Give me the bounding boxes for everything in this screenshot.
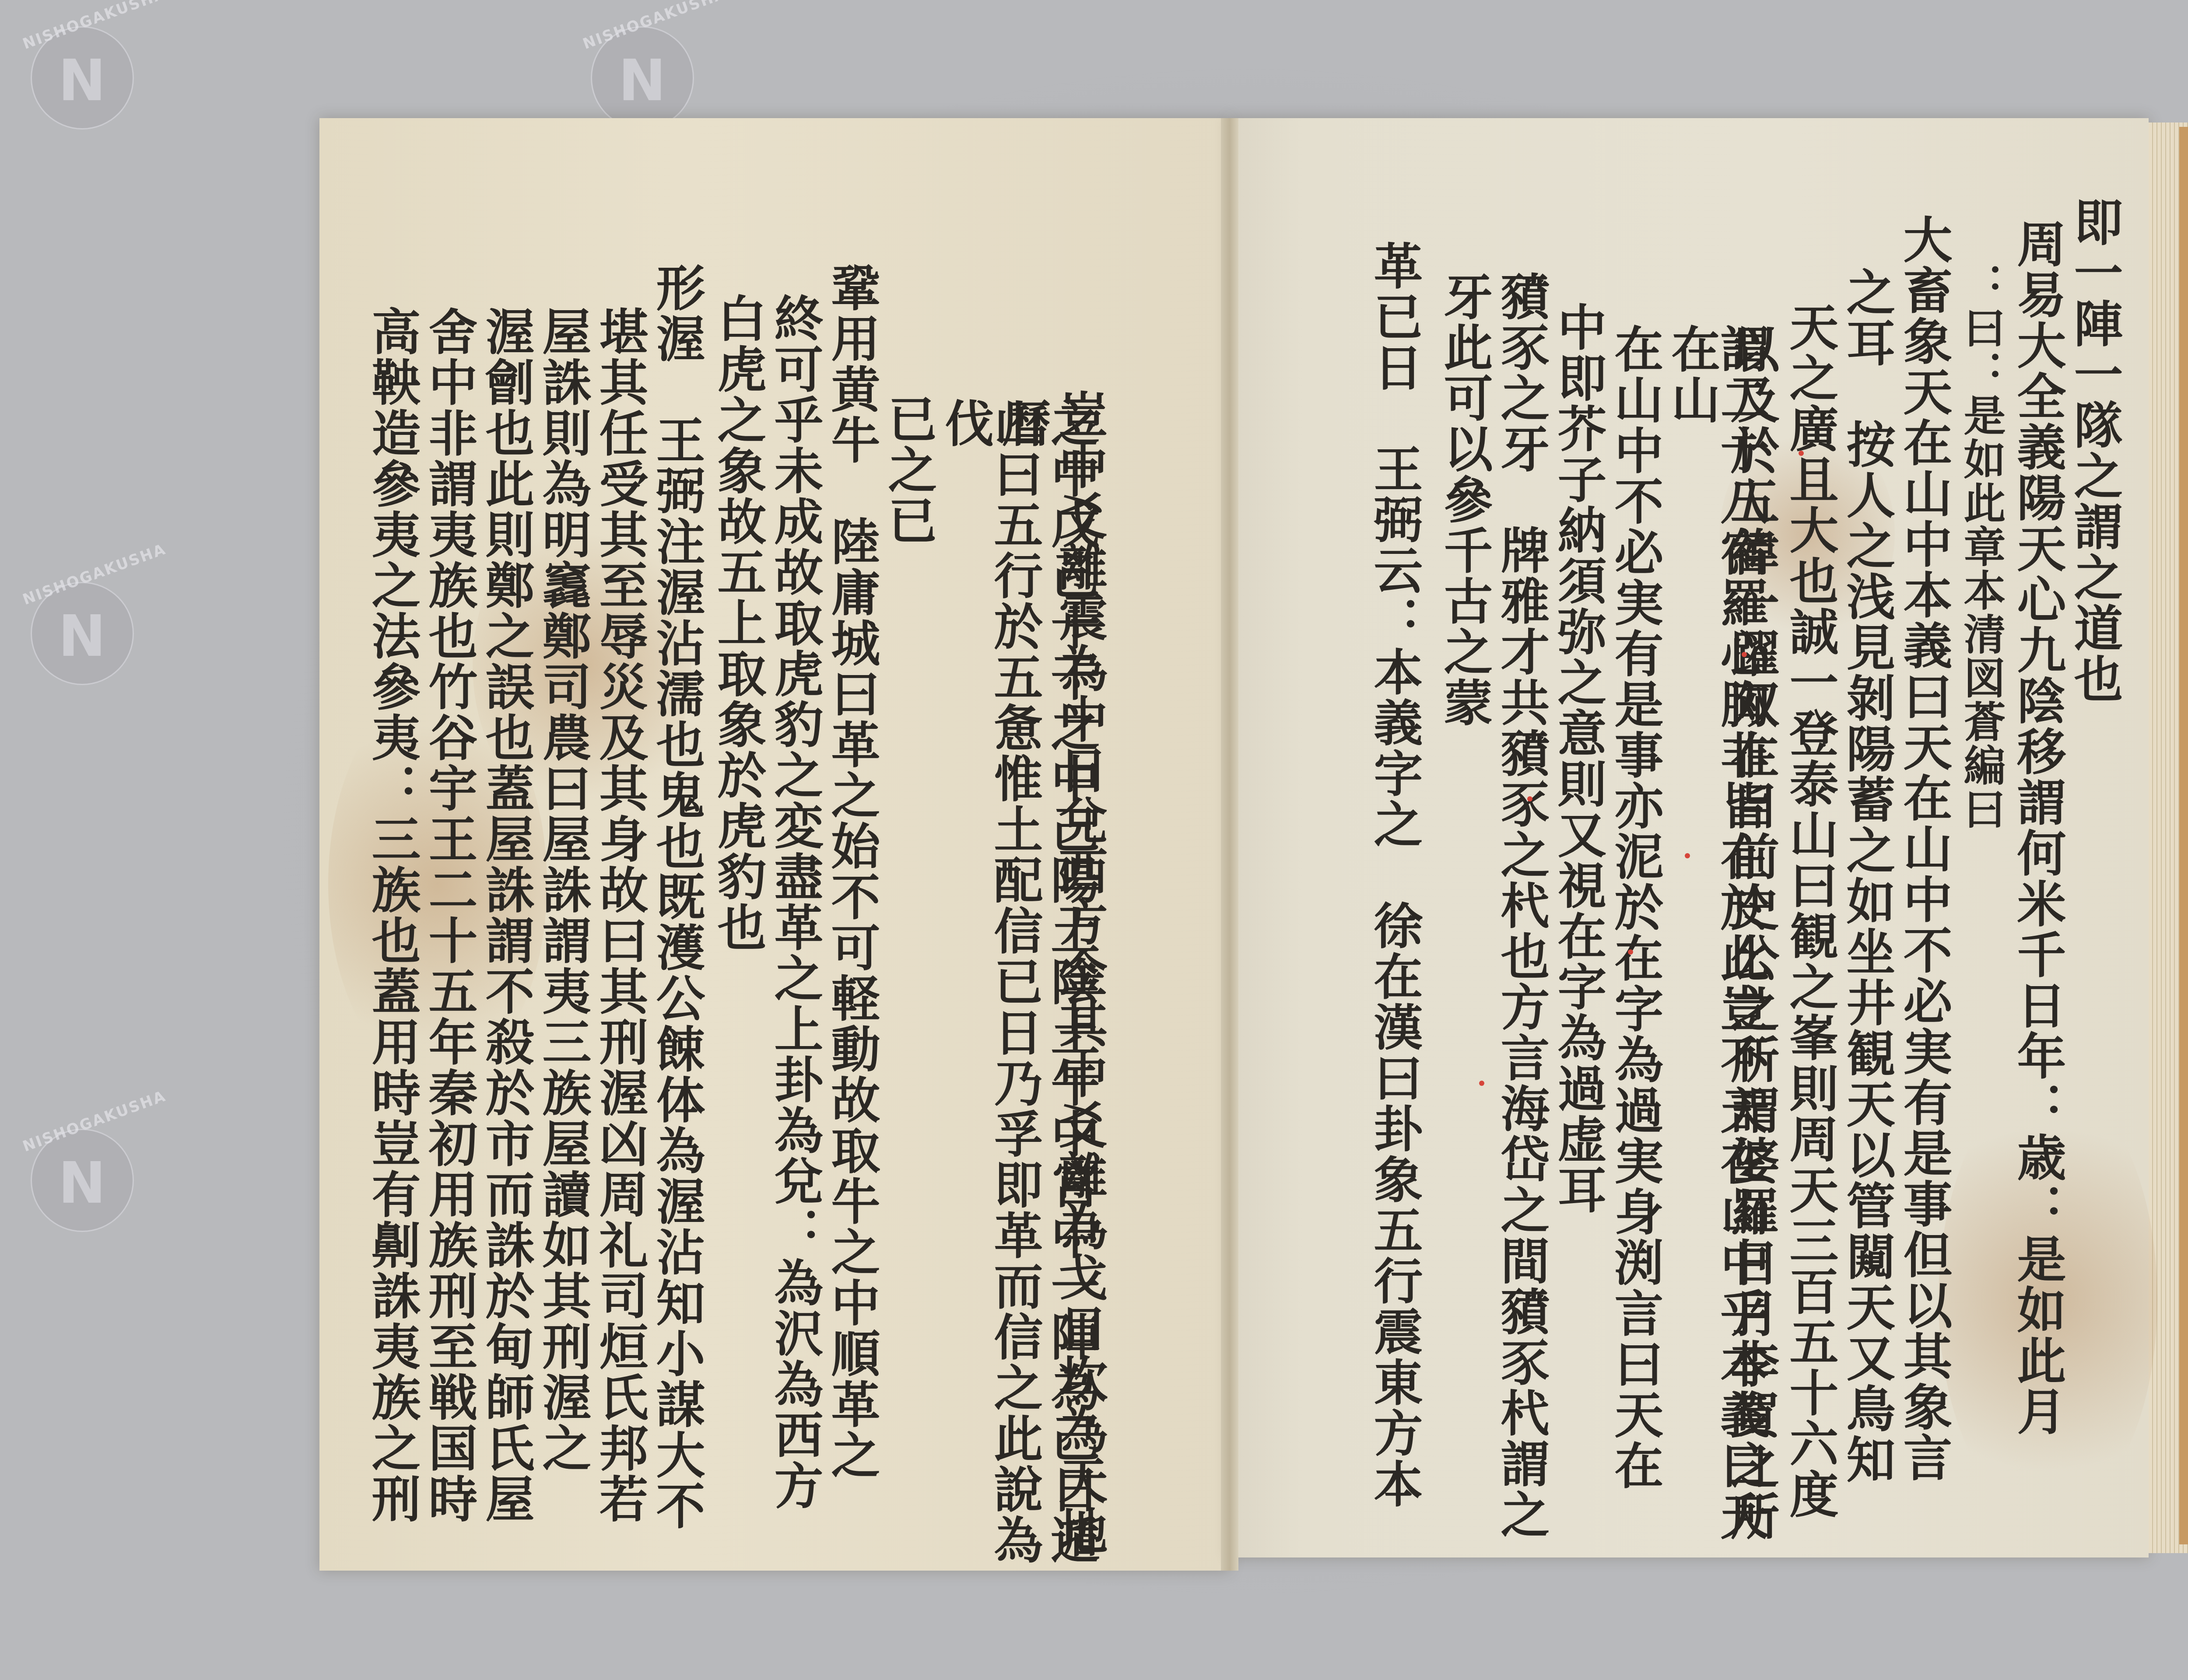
watermark-text: NISHOGAKUSHA	[21, 540, 169, 609]
watermark-logo-icon: NISHOGAKUSHAN	[31, 26, 134, 129]
red-annotation-mark	[1628, 949, 1633, 955]
right-col-13: 革已日 王弼云：本義字之 徐在漢曰卦象五行震東方本	[1370, 241, 1419, 1509]
watermark-logo-icon: NISHOGAKUSHAN	[31, 1129, 134, 1232]
left-col-11: 渥劊也此則鄭之誤也蓋屋誅謂不殺於市而誅於甸師氏屋	[481, 306, 530, 1524]
right-col-1: 即一陣一隊之謂之道也	[2070, 197, 2119, 704]
watermark-text: NISHOGAKUSHA	[21, 1087, 169, 1155]
left-col-5: 鞏用黄牛 陸庸城曰革之始不可軽動故取牛之中順革之	[827, 262, 876, 1480]
red-annotation-mark	[1799, 451, 1804, 456]
right-col-9: 在山中不必実有是事亦泥於在字為過実身渕言曰天在	[1610, 324, 1659, 1491]
right-col-3: ：曰：是如此章本清図蒼編曰	[1960, 262, 2002, 831]
red-annotation-mark	[1479, 1081, 1484, 1086]
watermark-logo-icon: NISHOGAKUSHAN	[591, 26, 694, 129]
left-col-10: 屋誅則為明竁鄭司農曰屋誅謂夷三族屋讀如其刑渥之	[538, 306, 587, 1473]
left-col-8: 形渥 王弼注渥沾濡也鬼也既濩公餗体為渥沾知小謀大不	[652, 262, 701, 1531]
red-annotation-mark	[1685, 853, 1690, 858]
watermark-text: NISHOGAKUSHA	[581, 0, 729, 53]
book-spine	[1221, 118, 1238, 1571]
left-col-12: 舍中非謂夷族也竹谷宇王二十五年秦初用族刑至戦国時	[424, 306, 473, 1524]
right-col-8: 謂二十八宿羅心胸非皆在於此豈不天在山中乎本義曰天在山	[1667, 324, 1765, 1571]
left-col-13: 高鞅造參夷之法參夷：三族也蓋用時豈有劓誅夷族之刑	[368, 306, 417, 1524]
red-annotation-mark	[1742, 652, 1747, 657]
right-col-10: 中即芥子納須弥之意則又視在字為過虚耳	[1553, 302, 1602, 1215]
right-col-4: 大畜象天在山中本義曰天在山中不必実有是事但以其象言	[1899, 214, 1948, 1483]
left-col-9: 堪其任受其至辱災及其身故曰其刑渥凶周礼司烜氏邦若	[595, 306, 644, 1524]
right-col-11: 豶豕之牙 牌雅才共豶豕之杙也方言海岱之間豶豕杙謂之	[1497, 271, 1546, 1540]
watermark-logo-icon: NISHOGAKUSHAN	[31, 582, 134, 685]
right-col-6: 天之廣且大也誠一登泰山曰観之峯則周天三百五十六度	[1785, 302, 1834, 1520]
left-col-3: 山曰五行於五惫惟土配信已日乃孚即革而信之此說為伐	[941, 398, 1039, 1571]
open-book: 即一陣一隊之謂之道也 周易大全義陽天心九陰移謂何米千日年：歳：是如此月 ：曰：是…	[319, 118, 2188, 1571]
left-col-6: 終可乎未成故取虎豹之変盡革之上卦為兌：為沢為西方	[770, 293, 819, 1511]
right-col-12: 牙此可以參千古之蒙	[1440, 271, 1489, 728]
right-col-2: 周易大全義陽天心九陰移謂何米千日年：歳：是如此月	[2013, 219, 2062, 1437]
cover-edge	[2179, 127, 2188, 1544]
right-col-5: 之耳 按人之浅見剝陽蓄之如坐井観天以管闚天又鳥知	[1842, 267, 1891, 1485]
watermark-text: NISHOGAKUSHA	[21, 0, 169, 53]
left-col-4: 已之已	[884, 394, 933, 546]
red-annotation-mark	[1527, 796, 1532, 801]
left-col-7: 白虎之象故五上取象於虎豹也	[713, 293, 762, 953]
